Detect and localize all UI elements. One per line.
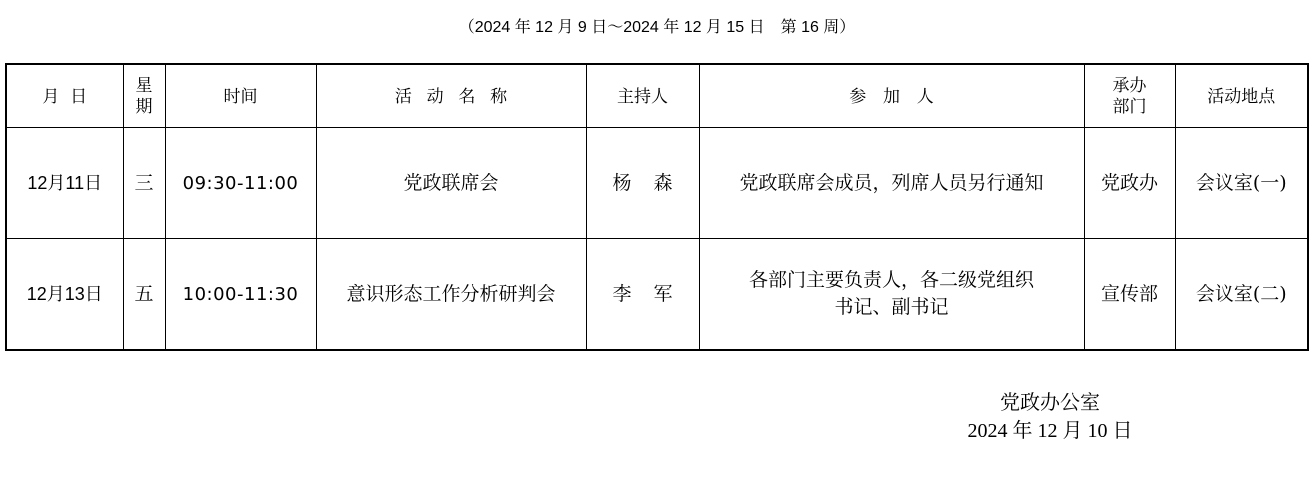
header-date: 月 日	[6, 64, 123, 128]
signature-office: 党政办公室	[900, 386, 1200, 415]
signature-date: 2024 年 12 月 10 日	[900, 414, 1200, 443]
cell-time: 09:30-11:00	[165, 128, 316, 239]
schedule-week-range: （2024 年 12 月 9 日～2024 年 12 月 15 日 第 16 周…	[0, 14, 1314, 37]
header-dept-line2: 部门	[1085, 96, 1175, 117]
cell-host: 杨森	[586, 128, 699, 239]
cell-activity: 党政联席会	[316, 128, 586, 239]
cell-date: 12月13日	[6, 239, 123, 351]
cell-date: 12月11日	[6, 128, 123, 239]
header-participants: 参 加 人	[699, 64, 1084, 128]
table-row: 12月11日 三 09:30-11:00 党政联席会 杨森 党政联席会成员，列席…	[6, 128, 1308, 239]
cell-dept: 宣传部	[1084, 239, 1175, 351]
participants-line1: 党政联席会成员，列席人员另行通知	[700, 170, 1084, 197]
cell-location: 会议室(一)	[1175, 128, 1308, 239]
header-weekday: 星 期	[123, 64, 165, 128]
header-weekday-line1: 星	[124, 75, 165, 96]
header-host: 主持人	[586, 64, 699, 128]
table-row: 12月13日 五 10:00-11:30 意识形态工作分析研判会 李军 各部门主…	[6, 239, 1308, 351]
cell-weekday: 五	[123, 239, 165, 351]
cell-time: 10:00-11:30	[165, 239, 316, 351]
cell-host: 李军	[586, 239, 699, 351]
header-weekday-line2: 期	[124, 96, 165, 117]
header-dept: 承办 部门	[1084, 64, 1175, 128]
cell-dept: 党政办	[1084, 128, 1175, 239]
header-location: 活动地点	[1175, 64, 1308, 128]
participants-line2: 书记、副书记	[700, 294, 1084, 321]
cell-participants: 党政联席会成员，列席人员另行通知	[699, 128, 1084, 239]
header-time: 时间	[165, 64, 316, 128]
cell-activity: 意识形态工作分析研判会	[316, 239, 586, 351]
cell-participants: 各部门主要负责人，各二级党组织 书记、副书记	[699, 239, 1084, 351]
cell-weekday: 三	[123, 128, 165, 239]
weekly-activity-table: 月 日 星 期 时间 活 动 名 称 主持人 参 加 人 承办 部门 活动地点 …	[5, 63, 1309, 351]
header-activity: 活 动 名 称	[316, 64, 586, 128]
cell-location: 会议室(二)	[1175, 239, 1308, 351]
header-dept-line1: 承办	[1085, 75, 1175, 96]
table-header-row: 月 日 星 期 时间 活 动 名 称 主持人 参 加 人 承办 部门 活动地点	[6, 64, 1308, 128]
participants-line1: 各部门主要负责人，各二级党组织	[700, 267, 1084, 294]
